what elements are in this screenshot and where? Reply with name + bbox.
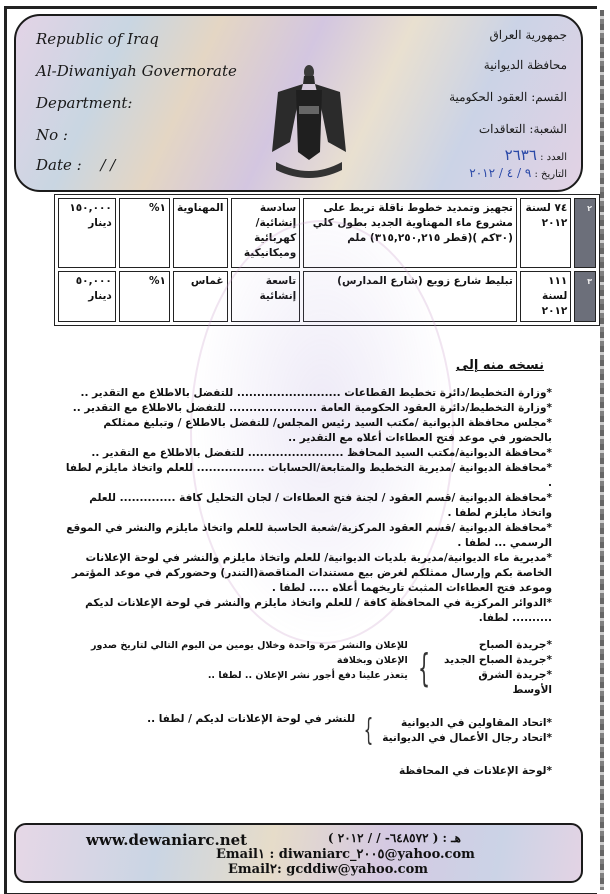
notice-board: *لوحة الإعلانات في المحافظة: [62, 764, 552, 779]
phone-number: هـ : ( ٦٤٨٥٧٢- / / ٢٠١٢ ): [328, 831, 461, 845]
footer: www.dewaniarc.net هـ : ( ٦٤٨٥٧٢- / / ٢٠١…: [14, 823, 583, 883]
eagle-emblem-icon: [268, 62, 350, 186]
handwritten-date: ٩ / ٤ / ٢٠١٢: [469, 166, 531, 180]
newspapers-note: للإعلان والنشر مرة واحدة وخلال يومين من …: [62, 638, 408, 683]
tender-number: ٧٤ لسنة ٢٠١٢: [520, 198, 571, 268]
row-index: ٢: [574, 198, 596, 268]
newspaper: *جريدة الصباح: [440, 638, 552, 653]
date-field-ar: التاريخ : ٩ / ٤ / ٢٠١٢: [469, 166, 567, 180]
row-index: ٣: [574, 271, 596, 322]
number-label-ar: العدد :: [540, 152, 567, 163]
copy-recipient: *مديرية ماء الديوانية/مديرية بلديات الدي…: [62, 551, 552, 596]
unions-note: للنشر في لوحة الإعلانات لديكم / لطفا ..: [147, 712, 355, 727]
date-label-ar: التاريخ :: [534, 169, 567, 180]
copy-recipient: *وزارة التخطيط/دائرة تخطيط القطاعات ....…: [62, 386, 552, 401]
department-label: Department:: [36, 94, 133, 112]
project-location: المهناوية: [173, 198, 228, 268]
country-ar: جمهورية العراق: [489, 28, 567, 42]
percentage: ١%: [119, 271, 170, 322]
number-label-en: No :: [36, 126, 68, 144]
copy-recipient: *وزارة التخطيط/دائرة العقود الحكومية الع…: [62, 401, 552, 416]
date-value-en: / /: [100, 156, 115, 174]
governorate-ar: محافظة الديوانية: [484, 58, 567, 72]
newspaper: *جريدة الشرق الأوسط: [440, 668, 552, 698]
union: *اتحاد رجال الأعمال في الديوانية: [382, 731, 552, 746]
email-2[interactable]: Email٢: gcddiw@yahoo.com: [228, 862, 428, 877]
letterhead: Republic of Iraq Al-Diwaniyah Governorat…: [14, 14, 583, 192]
number-field: العدد : ٢٦٣٦: [505, 146, 567, 164]
newspaper-names: *جريدة الصباح *جريدة الصباح الجديد *جريد…: [440, 638, 552, 698]
section-ar: القسم: العقود الحكومية: [449, 90, 567, 104]
scan-edge: [600, 10, 604, 890]
brace-icon: }: [364, 712, 374, 750]
union-names: *اتحاد المقاولين في الديوانية *اتحاد رجا…: [382, 716, 552, 746]
newspapers-group: *جريدة الصباح *جريدة الصباح الجديد *جريد…: [62, 638, 552, 698]
percentage: ١%: [119, 198, 170, 268]
country-en: Republic of Iraq: [36, 30, 159, 48]
document-price: ٥٠,٠٠٠ دينار: [58, 271, 116, 322]
governorate-en: Al-Diwaniyah Governorate: [36, 62, 237, 80]
date-label-text: Date :: [36, 156, 82, 174]
brace-icon: }: [418, 649, 430, 687]
union: *اتحاد المقاولين في الديوانية: [382, 716, 552, 731]
date-label-en: Date : / /: [36, 156, 115, 174]
copy-recipient: *محافظة الديوانية/مكتب السيد المحافظ ...…: [62, 446, 552, 461]
copy-recipient: *الدوائر المركزية في المحافظة كافة / للع…: [62, 596, 552, 626]
copy-recipient: *محافظة الديوانية /مديرية التخطيط والمتا…: [62, 461, 552, 491]
tender-number: ١١١ لسنة ٢٠١٢: [520, 271, 571, 322]
email-1[interactable]: Email١ : diwaniarc_٢٠٠٥@yahoo.com: [216, 847, 475, 862]
copies-list: *وزارة التخطيط/دائرة تخطيط القطاعات ....…: [62, 386, 552, 779]
copy-recipient: *مجلس محافظة الديوانية /مكتب السيد رئيس …: [62, 416, 552, 446]
division-ar: الشعبة: التعاقدات: [479, 122, 567, 136]
note-line: يتعذر علينا دفع أجور نشر الإعلان .. لطفا…: [62, 668, 408, 683]
document-price: ١٥٠,٠٠٠ دينار: [58, 198, 116, 268]
copy-recipient: *محافظة الديوانية /قسم العقود المركزية/ش…: [62, 521, 552, 551]
handwritten-number: ٢٦٣٦: [505, 146, 537, 164]
unions-group: *اتحاد المقاولين في الديوانية *اتحاد رجا…: [62, 712, 552, 750]
note-line: للإعلان والنشر مرة واحدة وخلال يومين من …: [62, 638, 408, 668]
copy-recipient: *محافظة الديوانية /قسم العقود / لجنة فتح…: [62, 491, 552, 521]
newspaper: *جريدة الصباح الجديد: [440, 653, 552, 668]
copies-heading: نسخه منه إلى: [456, 358, 544, 373]
